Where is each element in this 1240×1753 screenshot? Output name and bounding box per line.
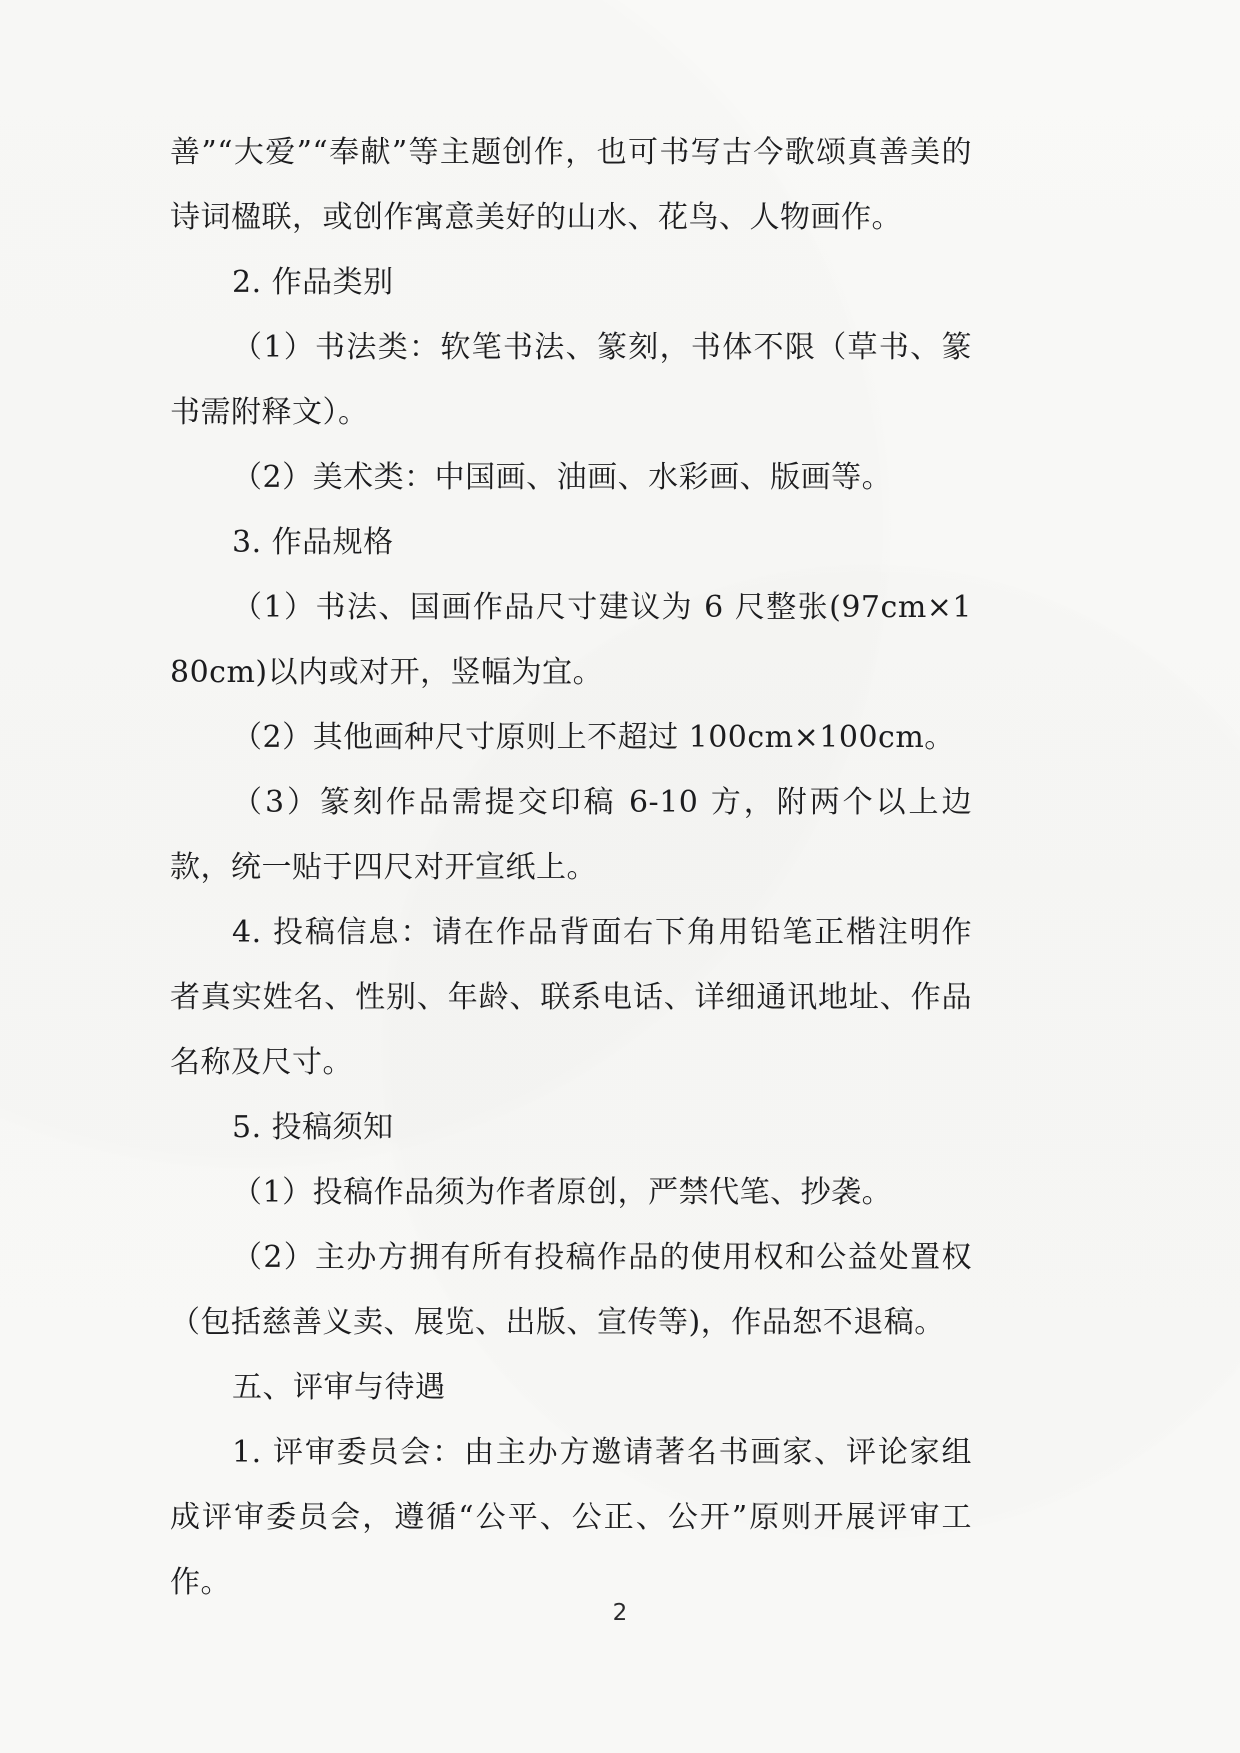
paragraph: （2）主办方拥有所有投稿作品的使用权和公益处置权（包括慈善义卖、展览、出版、宣传…: [170, 1225, 972, 1355]
paragraph: 4. 投稿信息：请在作品背面右下角用铅笔正楷注明作者真实姓名、性别、年龄、联系电…: [170, 900, 972, 1095]
paragraph: 善”“大爱”“奉献”等主题创作，也可书写古今歌颂真善美的诗词楹联，或创作寓意美好…: [170, 120, 972, 250]
paragraph: （1）书法类：软笔书法、篆刻，书体不限（草书、篆书需附释文）。: [170, 315, 972, 445]
paragraph: 5. 投稿须知: [170, 1095, 972, 1160]
paragraph: 2. 作品类别: [170, 250, 972, 315]
paragraph: 1. 评审委员会：由主办方邀请著名书画家、评论家组成评审委员会，遵循“公平、公正…: [170, 1420, 972, 1615]
paragraph: （2）其他画种尺寸原则上不超过 100cm×100cm。: [170, 705, 972, 770]
paragraph: （2）美术类：中国画、油画、水彩画、版画等。: [170, 445, 972, 510]
paragraph: 五、评审与待遇: [170, 1355, 972, 1420]
page-number: 2: [0, 1598, 1240, 1628]
paragraph: （1）书法、国画作品尺寸建议为 6 尺整张(97cm×180cm)以内或对开，竖…: [170, 575, 972, 705]
document-body: 善”“大爱”“奉献”等主题创作，也可书写古今歌颂真善美的诗词楹联，或创作寓意美好…: [170, 120, 972, 1615]
document-page: 善”“大爱”“奉献”等主题创作，也可书写古今歌颂真善美的诗词楹联，或创作寓意美好…: [0, 0, 1240, 1753]
paragraph: （3）篆刻作品需提交印稿 6-10 方，附两个以上边款，统一贴于四尺对开宣纸上。: [170, 770, 972, 900]
paragraph: 3. 作品规格: [170, 510, 972, 575]
paragraph: （1）投稿作品须为作者原创，严禁代笔、抄袭。: [170, 1160, 972, 1225]
